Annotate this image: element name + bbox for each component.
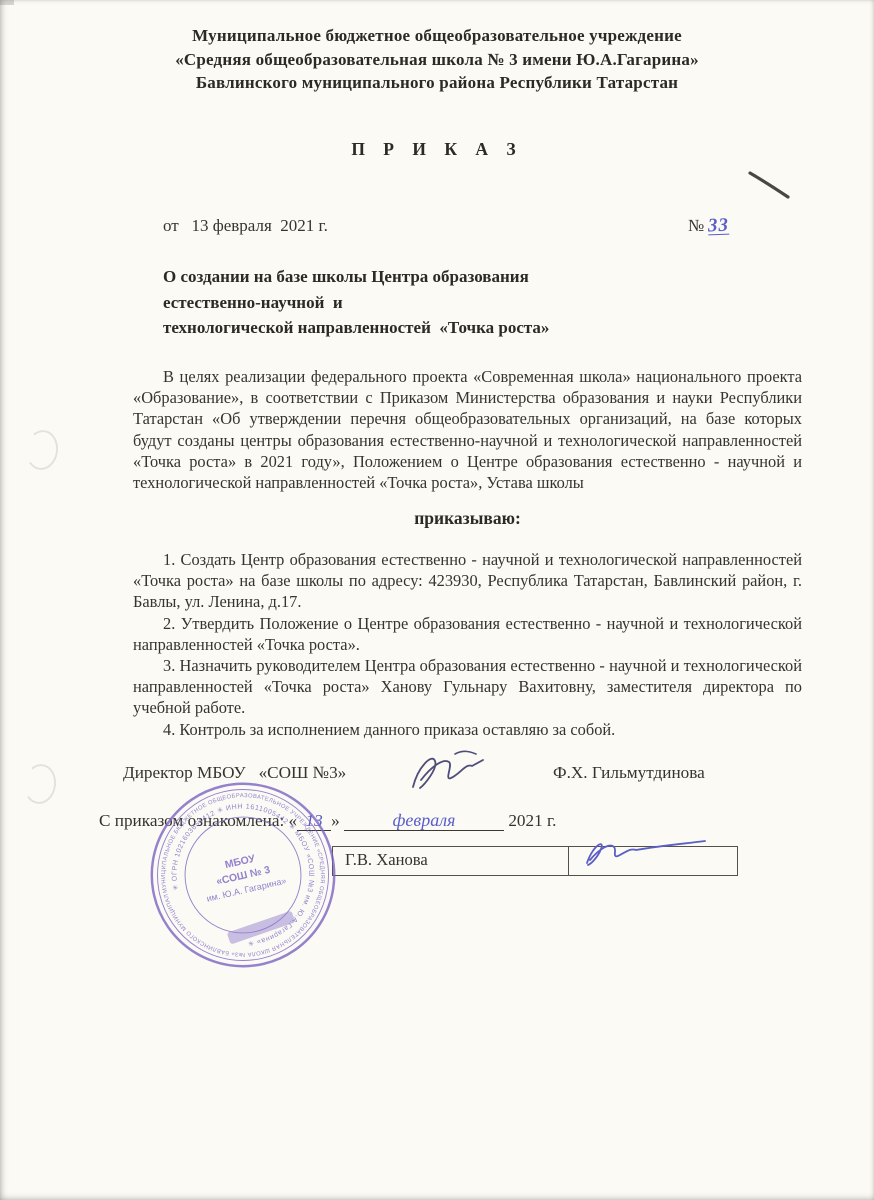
pen-mark-artifact — [738, 163, 804, 207]
order-number-label: № — [688, 216, 708, 235]
punch-mark-bottom — [21, 762, 58, 806]
org-name-line-2: «Средняя общеобразовательная школа № 3 и… — [0, 48, 874, 72]
scan-artifact-corner — [0, 0, 14, 5]
ack-name-cell: Г.В. Ханова — [333, 847, 569, 875]
order-subject: О создании на базе школы Центра образова… — [163, 264, 549, 341]
resolve-word: приказываю: — [133, 508, 802, 529]
org-name-line-3: Бавлинского муниципального района Респуб… — [0, 71, 874, 95]
order-title: П Р И К А З — [0, 139, 874, 160]
order-items: 1. Создать Центр образования естественно… — [133, 549, 802, 740]
order-intro: В целях реализации федерального проекта … — [133, 366, 802, 493]
ack-month-handwritten: февраля — [344, 811, 504, 831]
document-page: Муниципальное бюджетное общеобразователь… — [0, 0, 874, 1200]
order-number-handwritten: 33 — [708, 217, 730, 236]
order-number-group: № 33 — [688, 216, 729, 236]
director-signature — [405, 747, 497, 799]
org-name-line-1: Муниципальное бюджетное общеобразователь… — [0, 24, 874, 48]
order-date-row: от 13 февраля 2021 г. № 33 — [163, 216, 803, 236]
school-stamp: МУНИЦИПАЛЬНОЕ БЮДЖЕТНОЕ ОБЩЕОБРАЗОВАТЕЛЬ… — [129, 761, 357, 989]
order-item-3: 3. Назначить руководителем Центра образо… — [133, 655, 802, 719]
subject-line-3: технологической направленностей «Точка р… — [163, 315, 549, 341]
ack-signature-cell — [569, 847, 737, 875]
order-intro-paragraph: В целях реализации федерального проекта … — [133, 366, 802, 493]
director-name: Ф.Х. Гильмутдинова — [553, 763, 705, 783]
ack-quote-close: » — [331, 811, 340, 830]
order-item-2: 2. Утвердить Положение о Центре образова… — [133, 613, 802, 655]
punch-mark-top — [23, 428, 60, 472]
organization-header: Муниципальное бюджетное общеобразователь… — [0, 24, 874, 95]
hanova-signature — [577, 833, 717, 873]
acknowledgment-table: Г.В. Ханова — [332, 846, 738, 876]
order-item-1: 1. Создать Центр образования естественно… — [133, 549, 802, 613]
subject-line-2: естественно-научной и — [163, 290, 549, 316]
ack-year: 2021 г. — [508, 811, 556, 830]
subject-line-1: О создании на базе школы Центра образова… — [163, 264, 549, 290]
order-item-4: 4. Контроль за исполнением данного прика… — [133, 719, 802, 740]
order-date: от 13 февраля 2021 г. — [163, 216, 328, 235]
